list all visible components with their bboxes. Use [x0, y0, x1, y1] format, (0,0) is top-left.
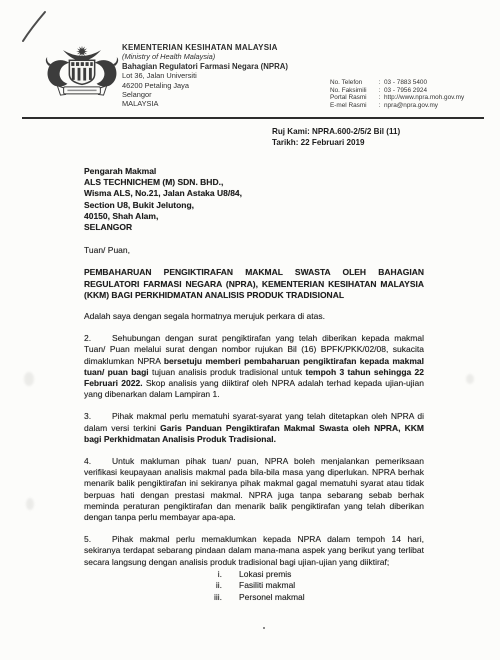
- paragraph-number: 5.: [84, 534, 112, 545]
- amendment-item: ii.Fasiliti makmal: [84, 580, 424, 592]
- letterhead-address-line: 46200 Petaling Jaya: [122, 81, 288, 90]
- recipient-line: Section U8, Bukit Jelutong,: [84, 200, 424, 211]
- letterhead: KEMENTERIAN KESIHATAN MALAYSIA (Ministry…: [122, 43, 288, 109]
- contact-row: E-mel Rasmi:npra@npra.gov.my: [330, 102, 464, 110]
- header-divider: [22, 117, 484, 119]
- reference-block: Ruj Kami: NPRA.600-2/5/2 Bil (11) Tarikh…: [272, 126, 400, 148]
- amendment-item-numeral: ii.: [84, 580, 222, 592]
- letter-date: Tarikh: 22 Februari 2019: [272, 137, 400, 148]
- letterhead-address: Lot 36, Jalan Universiti46200 Petaling J…: [122, 71, 288, 109]
- scan-smudge: [466, 374, 474, 384]
- division-name: Bahagian Regulatori Farmasi Negara (NPRA…: [122, 62, 288, 71]
- contact-value: npra@npra.gov.my: [384, 102, 438, 110]
- contact-value: 03 - 7883 5400: [384, 79, 427, 87]
- contact-label: No. Faksimili: [330, 87, 375, 95]
- contact-label: No. Telefon: [330, 79, 375, 87]
- opening-line: Adalah saya dengan segala hormatnya meru…: [84, 311, 424, 322]
- paragraph-text: tujuan analisis produk tradisional untuk: [149, 367, 306, 377]
- recipient-line: SELANGOR: [84, 222, 424, 233]
- scan-smudge: [26, 498, 34, 510]
- body-paragraph: 2.Sehubungan dengan surat pengiktirafan …: [84, 333, 424, 400]
- body-paragraph: 4.Untuk makluman pihak tuan/ puan, NPRA …: [84, 456, 424, 523]
- scan-smudge: [24, 372, 34, 386]
- recipient-line: Wisma ALS, No.21, Jalan Astaka U8/84,: [84, 188, 424, 199]
- contact-label: E-mel Rasmi: [330, 102, 375, 110]
- recipient-line: 40150, Shah Alam,: [84, 211, 424, 222]
- body-paragraph: 3.Pihak makmal perlu mematuhi syarat-sya…: [84, 411, 424, 445]
- recipient-line: Pengarah Makmal: [84, 166, 424, 177]
- paragraph-text: Pihak makmal perlu memaklumkan kepada NP…: [84, 534, 424, 566]
- contact-row: No. Telefon:03 - 7883 5400: [330, 79, 464, 87]
- pen-tick-mark: [18, 10, 48, 49]
- amendment-item: i.Lokasi premis: [84, 569, 424, 581]
- amendment-item-label: Lokasi premis: [222, 569, 291, 581]
- amendment-item-numeral: iii.: [84, 592, 222, 604]
- paragraph-number: 2.: [84, 333, 112, 344]
- contact-row: Portal Rasmi:http://www.npra.moh.gov.my: [330, 94, 464, 102]
- scan-dot-artifact: [263, 627, 265, 629]
- contact-separator: :: [375, 79, 384, 87]
- motto-ribbon: [57, 86, 106, 96]
- reference-number: Ruj Kami: NPRA.600-2/5/2 Bil (11): [272, 126, 400, 137]
- contact-label: Portal Rasmi: [330, 94, 375, 102]
- body-paragraph: 5.Pihak makmal perlu memaklumkan kepada …: [84, 534, 424, 568]
- contact-info-block: No. Telefon:03 - 7883 5400No. Faksimili:…: [330, 79, 464, 110]
- recipient-line: ALS TECHNICHEM (M) SDN. BHD.,: [84, 177, 424, 188]
- contact-separator: :: [375, 87, 384, 95]
- contact-separator: :: [375, 94, 384, 102]
- amendment-item-numeral: i.: [84, 569, 222, 581]
- paragraph-text: Untuk makluman pihak tuan/ puan, NPRA bo…: [84, 456, 424, 522]
- paragraph-number: 4.: [84, 456, 112, 467]
- contact-value: http://www.npra.moh.gov.my: [384, 94, 464, 102]
- ministry-name-english: (Ministry of Health Malaysia): [122, 52, 288, 61]
- scanned-letter-page: KEMENTERIAN KESIHATAN MALAYSIA (Ministry…: [0, 0, 500, 660]
- crest-star-and-crescent: [63, 46, 101, 61]
- ministry-name: KEMENTERIAN KESIHATAN MALAYSIA: [122, 43, 288, 52]
- amendment-item-label: Personel makmal: [222, 592, 305, 604]
- paragraph-number: 3.: [84, 411, 112, 422]
- body-paragraphs: 2.Sehubungan dengan surat pengiktirafan …: [84, 333, 424, 568]
- amendment-list: i.Lokasi premisii.Fasiliti makmaliii.Per…: [84, 569, 424, 604]
- letterhead-address-line: MALAYSIA: [122, 99, 288, 108]
- malaysia-coat-of-arms-logo: [44, 45, 120, 111]
- amendment-item: iii.Personel makmal: [84, 592, 424, 604]
- letterhead-address-line: Lot 36, Jalan Universiti: [122, 71, 288, 80]
- letter-body: Pengarah MakmalALS TECHNICHEM (M) SDN. B…: [84, 166, 424, 604]
- amendment-item-label: Fasiliti makmal: [222, 580, 295, 592]
- letterhead-address-line: Selangor: [122, 90, 288, 99]
- contact-row: No. Faksimili:03 - 7956 2924: [330, 87, 464, 95]
- subject-line: PEMBAHARUAN PENGIKTIRAFAN MAKMAL SWASTA …: [84, 267, 424, 301]
- salutation: Tuan/ Puan,: [84, 245, 424, 256]
- recipient-address: Pengarah MakmalALS TECHNICHEM (M) SDN. B…: [84, 166, 424, 233]
- contact-separator: :: [375, 102, 384, 110]
- contact-value: 03 - 7956 2924: [384, 87, 427, 95]
